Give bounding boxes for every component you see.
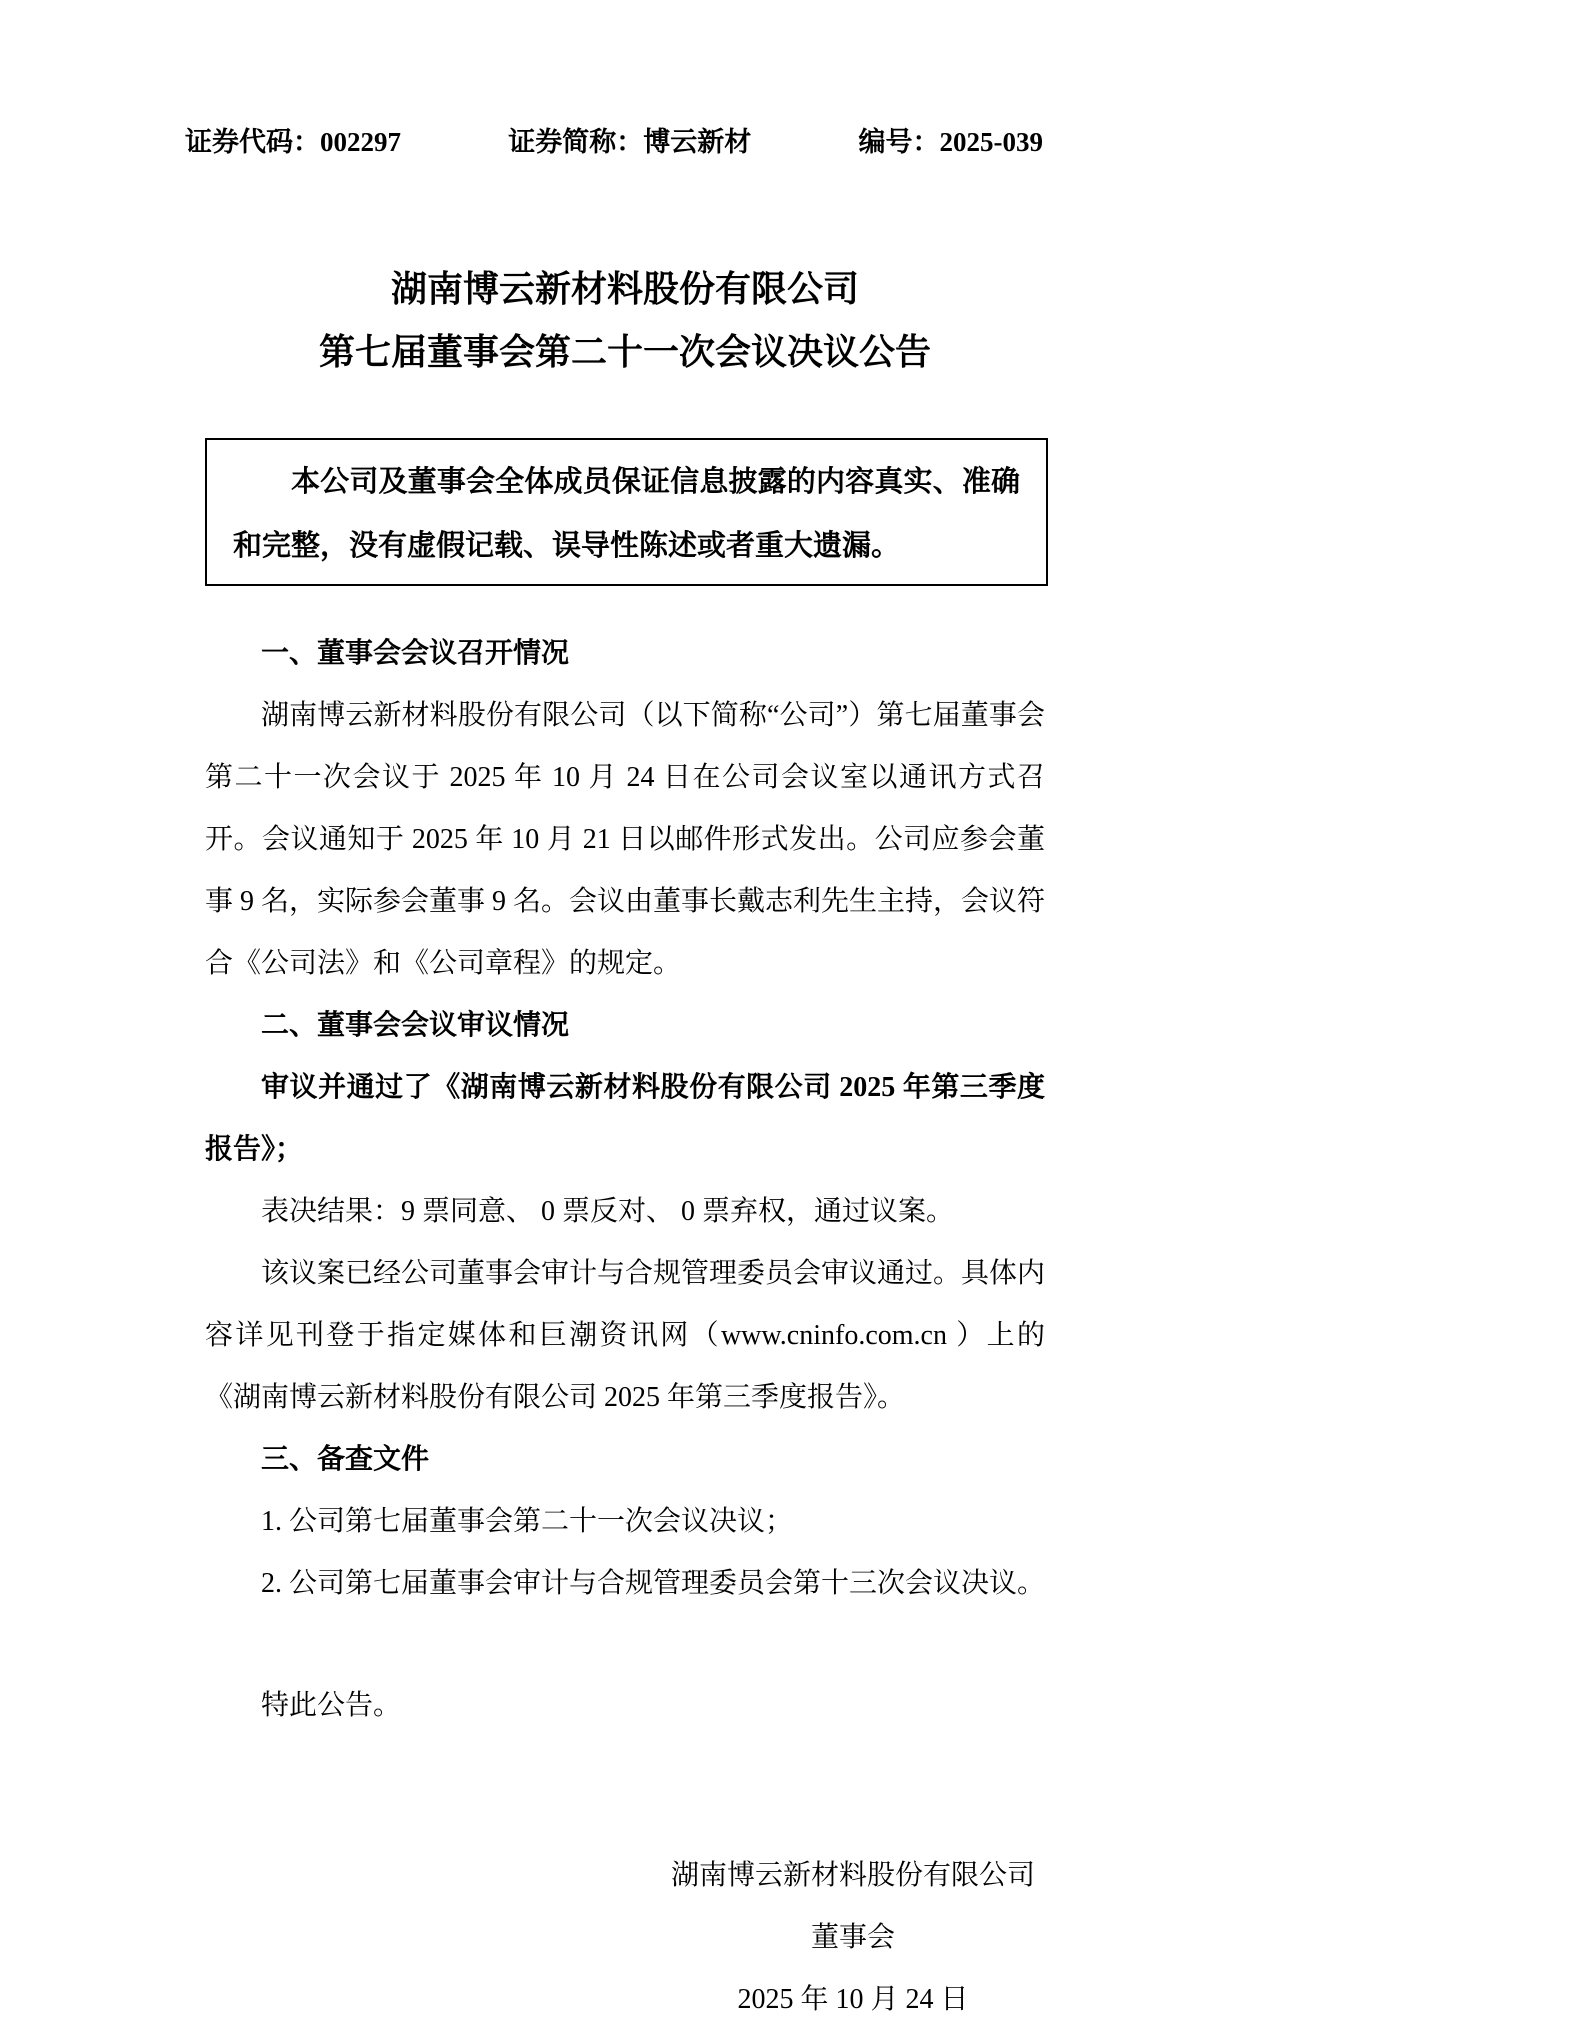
section1-paragraph: 湖南博云新材料股份有限公司（以下简称“公司”）第七届董事会第二十一次会议于 20… [205,685,1045,995]
document-body: 一、董事会会议召开情况 湖南博云新材料股份有限公司（以下简称“公司”）第七届董事… [205,623,1045,2031]
stock-abbr: 证券简称：博云新材 [508,126,751,158]
section2-heading: 二、董事会会议审议情况 [205,995,1045,1057]
section2-detail: 该议案已经公司董事会审计与合规管理委员会审议通过。具体内容详见刊登于指定媒体和巨… [205,1243,1045,1429]
document-title: 湖南博云新材料股份有限公司 第七届董事会第二十一次会议决议公告 [205,258,1045,384]
closing-statement: 特此公告。 [205,1675,1045,1737]
section2-vote-result: 表决结果：9 票同意、 0 票反对、 0 票弃权，通过议案。 [205,1181,1045,1243]
signature-company: 湖南博云新材料股份有限公司 [671,1845,1035,1907]
section3-heading: 三、备查文件 [205,1429,1045,1491]
title-company-line: 湖南博云新材料股份有限公司 [205,258,1045,321]
document-header: 证券代码：002297 证券简称：博云新材 编号：2025-039 [185,0,1043,158]
signature-block: 湖南博云新材料股份有限公司 董事会 2025 年 10 月 24 日 [671,1845,1035,2031]
disclaimer-text: 本公司及董事会全体成员保证信息披露的内容真实、准确和完整，没有虚假记载、误导性陈… [233,450,1020,578]
section2-resolution: 审议并通过了《湖南博云新材料股份有限公司 2025 年第三季度报告》； [205,1057,1045,1181]
section1-heading: 一、董事会会议召开情况 [205,623,1045,685]
signature-signer: 董事会 [811,1907,895,1969]
title-meeting-line: 第七届董事会第二十一次会议决议公告 [205,321,1045,384]
section3-item-2: 2. 公司第七届董事会审计与合规管理委员会第十三次会议决议。 [205,1553,1045,1615]
disclaimer-box: 本公司及董事会全体成员保证信息披露的内容真实、准确和完整，没有虚假记载、误导性陈… [205,438,1048,586]
section3-item-1: 1. 公司第七届董事会第二十一次会议决议； [205,1491,1045,1553]
document-page: 证券代码：002297 证券简称：博云新材 编号：2025-039 湖南博云新材… [0,0,1587,2041]
doc-number: 编号：2025-039 [859,126,1044,158]
stock-code: 证券代码：002297 [185,126,401,158]
signature-date: 2025 年 10 月 24 日 [737,1969,968,2031]
